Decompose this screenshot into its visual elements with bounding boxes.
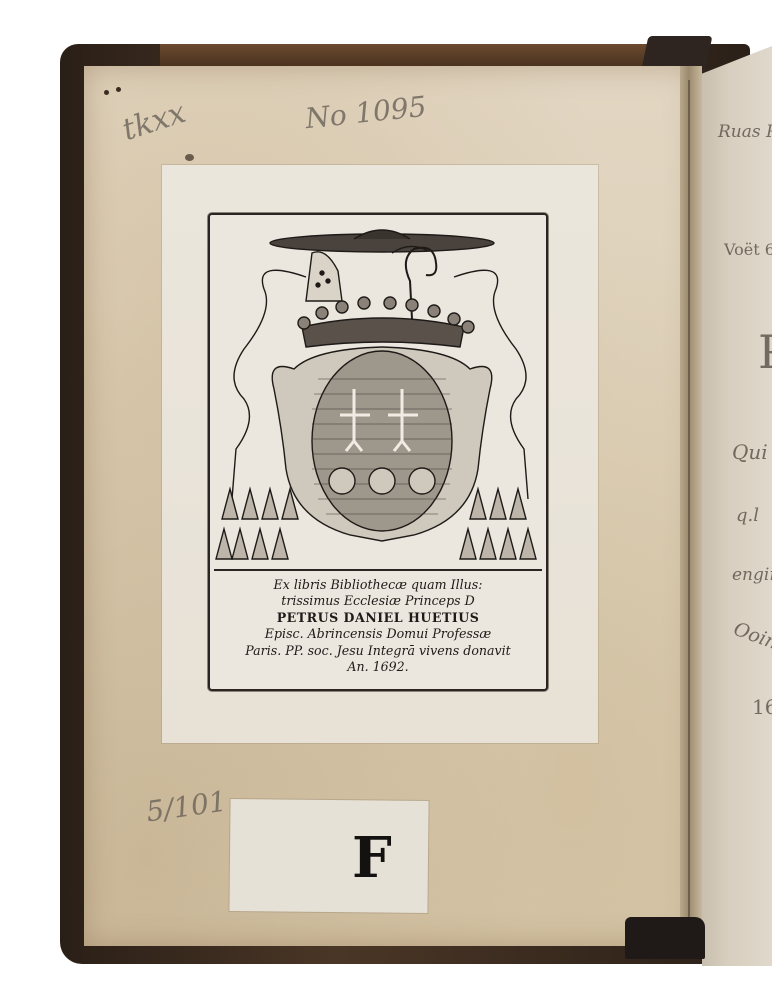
plate-divider: [214, 569, 542, 571]
inscription-date: An. 1692.: [220, 659, 536, 675]
book-hinge: [680, 66, 702, 946]
flyleaf-note: Qui: [732, 440, 768, 464]
corner-wear-bottom: [625, 917, 705, 959]
ink-spot: [116, 87, 121, 92]
label-glyph: F: [352, 830, 392, 886]
cover-turn-in: [160, 44, 650, 66]
inscription-owner-name: PETRUS DANIEL HUETIUS: [220, 610, 536, 626]
bookplate-inscription: Ex libris Bibliothecæ quam Illus: trissi…: [220, 577, 536, 675]
flyleaf-note: q.l: [736, 505, 759, 526]
book-photograph: Ruas Pe Voët 67 P Qui q.l engin Ooin 16 …: [0, 0, 772, 1000]
inscription-line: trissimus Ecclesiæ Princeps D: [220, 593, 536, 609]
flyleaf-note: engin: [732, 565, 772, 585]
inscription-line: Episc. Abrincensis Domui Professæ: [220, 626, 536, 642]
coat-of-arms-engraving: [214, 219, 542, 567]
ink-spot: [185, 154, 194, 161]
paper-label-slip: [229, 799, 428, 913]
hinge-crease: [688, 80, 690, 930]
flyleaf-note: 16: [752, 695, 772, 719]
flyleaf-note: Voët 67: [724, 240, 772, 259]
armorial-bookplate: Ex libris Bibliothecæ quam Illus: trissi…: [208, 213, 548, 691]
flyleaf-note: P: [758, 325, 772, 379]
inscription-line: Ex libris Bibliothecæ quam Illus:: [220, 577, 536, 593]
ink-spot: [104, 90, 109, 95]
inscription-line: Paris. PP. soc. Jesu Integrā vivens dona…: [220, 643, 536, 659]
flyleaf-note: Ruas Pe: [718, 122, 772, 142]
